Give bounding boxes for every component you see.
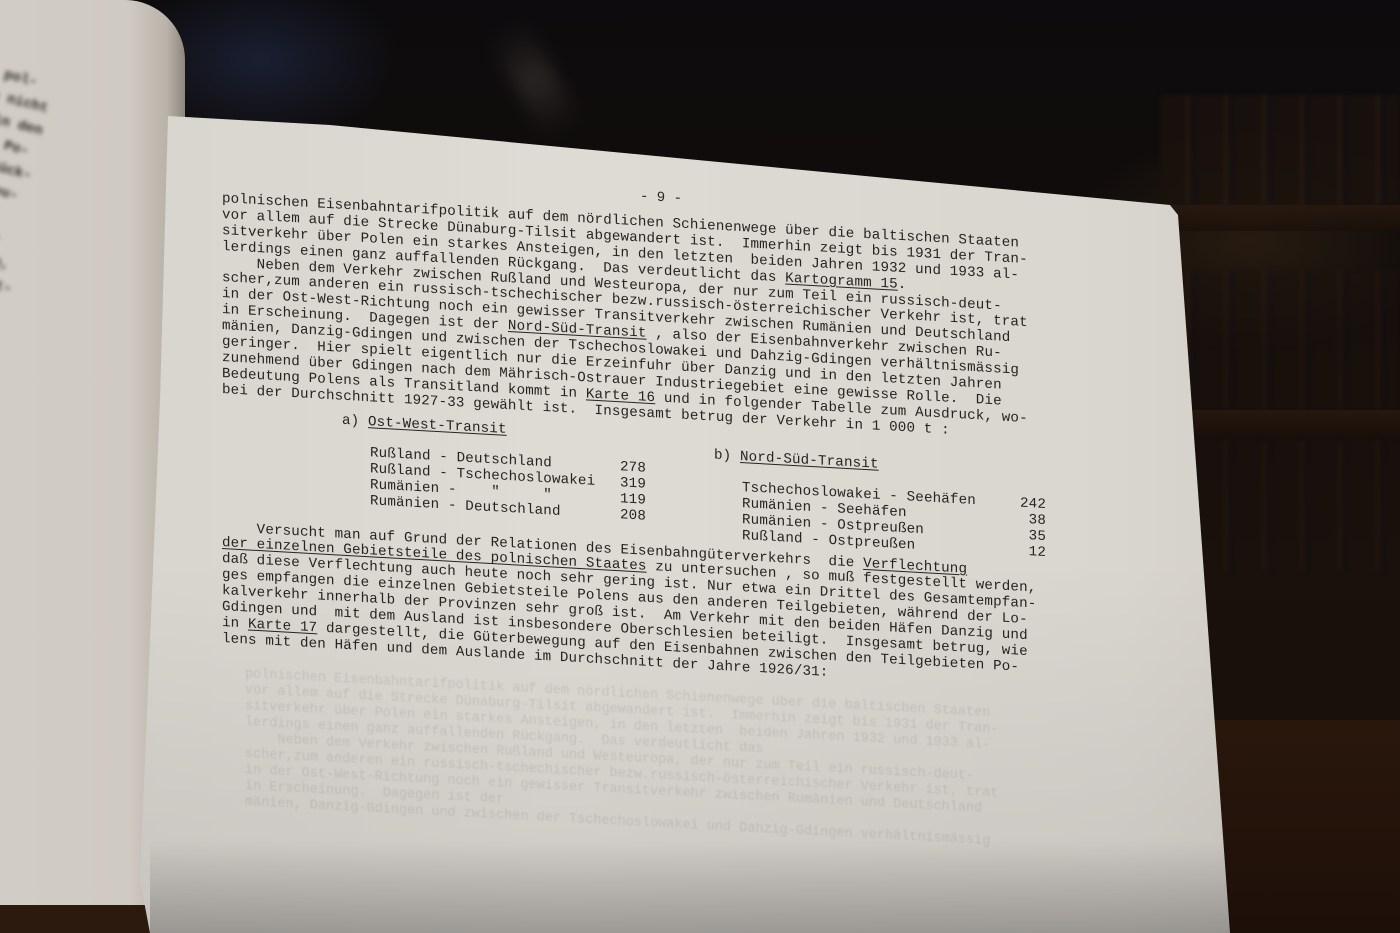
table-title: Ost-West-Transit — [368, 414, 507, 438]
row-label: Rumänien - " " — [342, 477, 370, 494]
left-page-text: me des pol- ng, die nicht rt ist in den … — [0, 50, 96, 912]
page-shadow — [0, 840, 1300, 933]
table-rows: Rußland - Deutschland278Rußland - Tschec… — [342, 445, 507, 518]
table-nord-sued: b) Nord-Süd-Transit Tschechoslowakei - S… — [714, 448, 976, 558]
page-number: - 9 - — [640, 189, 682, 207]
table-title: Nord-Süd-Transit — [740, 449, 879, 473]
row-label: Rußland - Tschechoslowakei — [342, 461, 370, 478]
table-rows: Tschechoslowakei - Seehäfen242Rumänien -… — [714, 480, 976, 558]
table-heading: a) Ost-West-Transit — [342, 413, 507, 438]
row-value: 208 — [620, 508, 646, 525]
row-value: 12 — [1014, 544, 1046, 562]
table-heading: b) Nord-Süd-Transit — [714, 448, 976, 479]
book-spines-middle — [1160, 270, 1400, 410]
typed-text-block: polnischen Eisenbahntarifpolitik auf dem… — [222, 192, 1102, 697]
book-spines-top — [1160, 95, 1400, 205]
table-ost-west: a) Ost-West-Transit Rußland - Deutschlan… — [342, 413, 507, 518]
row-label: Rußland - Deutschland — [342, 445, 370, 462]
shelf-board — [1150, 205, 1400, 231]
row-label: Rumänien - Deutschland — [342, 493, 370, 510]
show-through-text: polnischen Eisenbahntarifpolitik auf dem… — [245, 667, 1125, 857]
paragraph-1: polnischen Eisenbahntarifpolitik auf dem… — [222, 192, 1102, 448]
